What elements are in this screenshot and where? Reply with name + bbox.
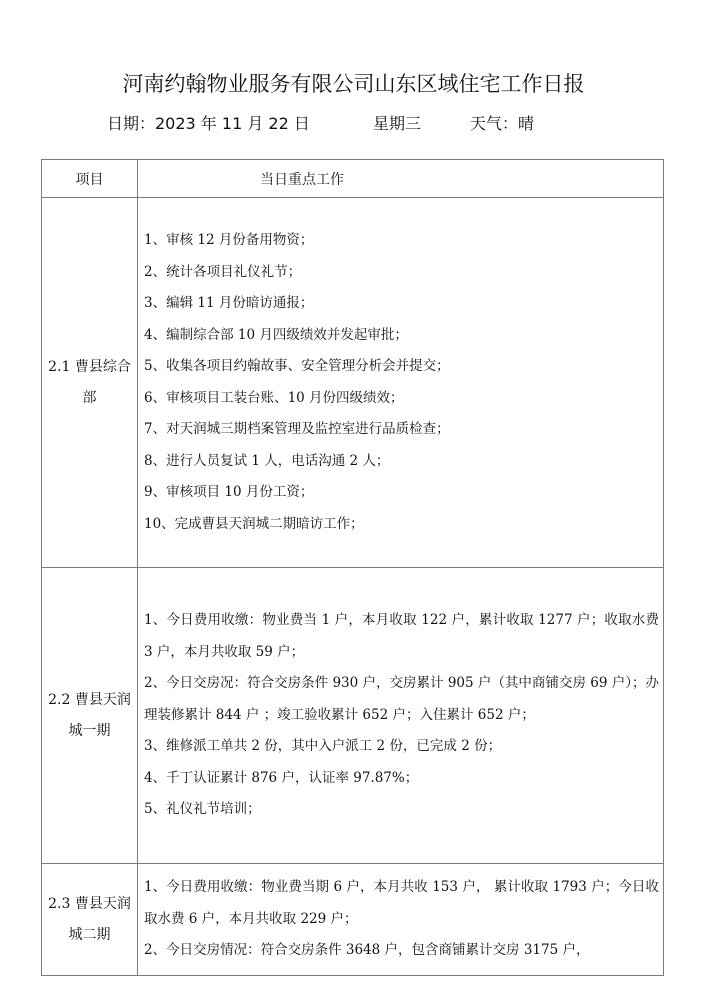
header-project: 项目	[42, 160, 138, 198]
work-item: 2、统计各项目礼仪礼节；	[144, 257, 659, 289]
report-weekday: 星期三	[373, 111, 421, 134]
report-title: 河南约翰物业服务有限公司山东区域住宅工作日报	[0, 68, 707, 98]
work-item: 10、完成曹县天润城二期暗访工作；	[144, 509, 659, 541]
work-item: 5、收集各项目约翰故事、安全管理分析会并提交；	[144, 351, 659, 383]
work-item: 5、礼仪礼节培训；	[144, 794, 659, 826]
work-item: 2、今日交房情况：符合交房条件 3648 户，包含商铺累计交房 3175 户，	[144, 935, 659, 967]
work-item: 6、审核项目工装台账、10 月份四级绩效；	[144, 383, 659, 415]
work-item: 9、审核项目 10 月份工资；	[144, 477, 659, 509]
table-row: 2.3 曹县天润城二期 1、今日费用收缴：物业费当期 6 户，本月共收 153 …	[42, 864, 664, 976]
work-item: 3、编辑 11 月份暗访通报；	[144, 288, 659, 320]
work-item: 1、今日费用收缴：物业费当 1 户，本月收取 122 户，累计收取 1277 户…	[144, 605, 659, 668]
header-work: 当日重点工作	[138, 160, 664, 198]
work-item: 1、审核 12 月份备用物资；	[144, 225, 659, 257]
work-item: 3、维修派工单共 2 份，其中入户派工 2 份，已完成 2 份；	[144, 731, 659, 763]
work-item: 7、对天润城三期档案管理及监控室进行品质检查；	[144, 414, 659, 446]
project-cell: 2.2 曹县天润城一期	[42, 568, 138, 864]
work-cell: 1、今日费用收缴：物业费当 1 户，本月收取 122 户，累计收取 1277 户…	[138, 568, 664, 864]
project-cell: 2.1 曹县综合部	[42, 198, 138, 568]
work-item: 4、编制综合部 10 月四级绩效并发起审批；	[144, 320, 659, 352]
work-cell: 1、审核 12 月份备用物资； 2、统计各项目礼仪礼节； 3、编辑 11 月份暗…	[138, 198, 664, 568]
report-weather: 天气：晴	[470, 111, 534, 134]
table-header-row: 项目 当日重点工作	[42, 160, 664, 198]
report-date: 日期：2023 年 11 月 22 日	[107, 111, 310, 134]
work-cell: 1、今日费用收缴：物业费当期 6 户，本月共收 153 户， 累计收取 1793…	[138, 864, 664, 976]
table-row: 2.1 曹县综合部 1、审核 12 月份备用物资； 2、统计各项目礼仪礼节； 3…	[42, 198, 664, 568]
work-item: 8、进行人员复试 1 人，电话沟通 2 人；	[144, 446, 659, 478]
work-item: 1、今日费用收缴：物业费当期 6 户，本月共收 153 户， 累计收取 1793…	[144, 872, 659, 935]
daily-work-table: 项目 当日重点工作 2.1 曹县综合部 1、审核 12 月份备用物资； 2、统计…	[41, 159, 664, 976]
work-item: 4、千丁认证累计 876 户，认证率 97.87%；	[144, 763, 659, 795]
work-item: 2、今日交房况：符合交房条件 930 户，交房累计 905 户（其中商铺交房 6…	[144, 668, 659, 731]
table-row: 2.2 曹县天润城一期 1、今日费用收缴：物业费当 1 户，本月收取 122 户…	[42, 568, 664, 864]
project-cell: 2.3 曹县天润城二期	[42, 864, 138, 976]
